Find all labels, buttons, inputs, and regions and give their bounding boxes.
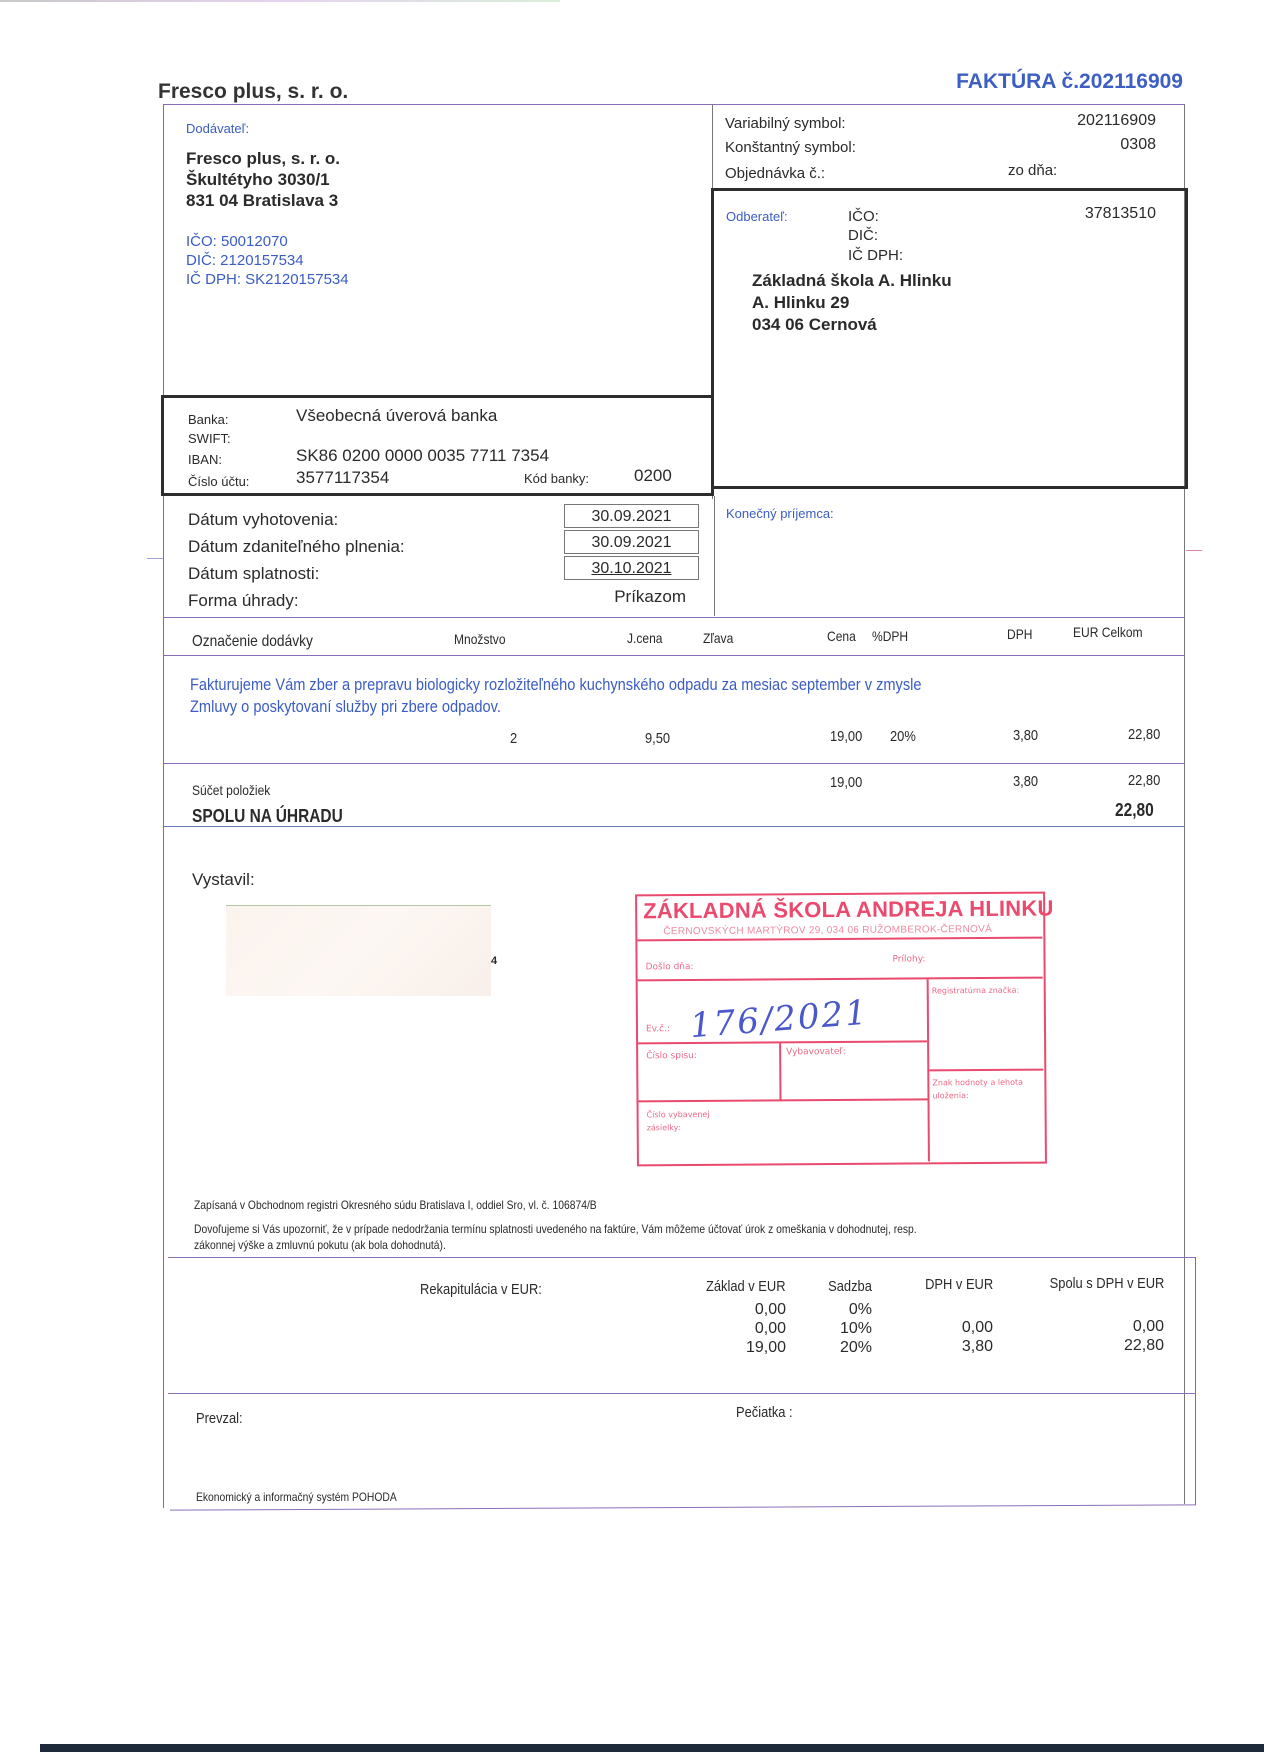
recap-row-1-rate: 10%	[812, 1319, 872, 1338]
sum-price: 19,00	[830, 774, 868, 791]
recap-top	[168, 1257, 1196, 1258]
recap-col-total: Spolu s DPH v EUR	[1004, 1275, 1164, 1292]
col-vat-rate: %DPH	[872, 628, 914, 644]
issued-by-label: Vystavil:	[192, 870, 255, 890]
signature-mark: 4	[491, 955, 497, 967]
col-quantity: Množstvo	[454, 631, 514, 647]
variable-symbol-value: 202116909	[1077, 112, 1156, 130]
final-recipient-label: Konečný príjemca:	[726, 506, 834, 521]
scan-edge-bottom	[40, 1744, 1264, 1752]
company-title: Fresco plus, s. r. o.	[158, 80, 348, 104]
sum-vat: 3,80	[1013, 773, 1042, 790]
col-description: Označenie dodávky	[192, 633, 333, 651]
header-divider	[164, 104, 1184, 105]
swift-label: SWIFT:	[188, 431, 231, 446]
customer-icdph-label: IČ DPH:	[848, 247, 903, 264]
iban-label: IBAN:	[188, 452, 222, 467]
col-total: EUR Celkom	[1073, 624, 1154, 640]
taxable-date-value: 30.09.2021	[564, 530, 699, 554]
sum-label: Súčet položiek	[192, 782, 283, 798]
item-total: 22,80	[1128, 726, 1166, 743]
registry-note: Zapísaná v Obchodnom registri Okresného …	[194, 1198, 662, 1212]
stamp-attachments-label: Prílohy:	[892, 954, 925, 964]
stamp-retention-label: Znak hodnoty a lehota uloženia:	[932, 1076, 1037, 1103]
account-value: 3577117354	[296, 468, 389, 488]
grand-total-label: SPOLU NA ÚHRADU	[192, 806, 367, 827]
customer-box	[711, 188, 1188, 489]
items-bottom	[164, 763, 1184, 764]
recap-row-2-total: 22,80	[1084, 1336, 1164, 1355]
taxable-date-label: Dátum zdaniteľného plnenia:	[188, 537, 405, 557]
recap-row-1-base: 0,00	[706, 1319, 786, 1338]
variable-symbol-label: Variabilný symbol:	[725, 115, 846, 132]
recap-title: Rekapitulácia v EUR:	[420, 1281, 562, 1298]
recap-col-rate: Sadzba	[792, 1278, 872, 1295]
supplier-city: 831 04 Bratislava 3	[186, 190, 338, 211]
item-vat: 3,80	[1013, 727, 1042, 744]
supplier-icdph: IČ DPH: SK2120157534	[186, 270, 349, 289]
customer-name: Základná škola A. Hlinku	[752, 270, 952, 292]
grand-total-value: 22,80	[1115, 800, 1160, 821]
due-date-label: Dátum splatnosti:	[188, 564, 319, 584]
recap-row-1-vat: 0,00	[913, 1318, 993, 1337]
iban-value: SK86 0200 0000 0035 7711 7354	[296, 446, 549, 466]
recap-row-0-rate: 0%	[812, 1300, 872, 1319]
signature-area	[226, 905, 491, 996]
recap-row-0-base: 0,00	[706, 1300, 786, 1319]
payment-method-value: Príkazom	[614, 587, 686, 607]
items-header-top	[164, 617, 1184, 618]
stamp-subtitle: ČERNOVSKÝCH MARTÝROV 29, 034 06 RUŽOMBER…	[663, 924, 992, 937]
supplier-name: Fresco plus, s. r. o.	[186, 148, 340, 169]
supplier-dic: DIČ: 2120157534	[186, 251, 304, 270]
recap-col-base: Základ v EUR	[666, 1278, 786, 1295]
totals-bottom	[164, 826, 1184, 827]
frame-left	[163, 104, 164, 1508]
customer-label: Odberateľ:	[726, 209, 788, 224]
col-unit-price: J.cena	[627, 630, 668, 646]
scan-mark-left	[147, 558, 163, 559]
stamp-area-label: Pečiatka :	[736, 1404, 802, 1421]
customer-city: 034 06 Cernová	[752, 314, 877, 336]
payment-method-label: Forma úhrady:	[188, 591, 299, 611]
supplier-street: Škultétyho 3030/1	[186, 169, 330, 190]
due-date-value: 30.10.2021	[564, 556, 699, 580]
col-price: Cena	[827, 628, 860, 644]
received-by-label: Prevzal:	[196, 1410, 250, 1427]
issue-date-label: Dátum vyhotovenia:	[188, 510, 338, 530]
scan-mark-right	[1186, 550, 1202, 551]
sum-total: 22,80	[1128, 772, 1166, 789]
late-payment-note-line1: Dovoľujeme si Vás upozorniť, že v prípad…	[194, 1222, 1034, 1236]
bank-code-value: 0200	[634, 466, 672, 486]
order-number-label: Objednávka č.:	[725, 165, 825, 182]
scan-edge-top	[0, 0, 560, 2]
recap-bottom	[168, 1393, 1196, 1394]
constant-symbol-value: 0308	[1120, 136, 1156, 154]
customer-dic-label: DIČ:	[848, 227, 878, 244]
col-vat: DPH	[1007, 626, 1037, 642]
software-note: Ekonomický a informačný systém POHODA	[196, 1490, 429, 1504]
constant-symbol-label: Konštantný symbol:	[725, 139, 856, 156]
customer-street: A. Hlinku 29	[752, 292, 849, 314]
item-quantity: 2	[510, 730, 518, 747]
bank-name: Všeobecná úverová banka	[296, 406, 497, 426]
supplier-label: Dodávateľ:	[186, 121, 249, 136]
bank-code-label: Kód banky:	[524, 471, 589, 486]
order-date-label: zo dňa:	[1008, 162, 1057, 179]
stamp-registry-label: Registratúrna značka:	[932, 986, 1020, 996]
items-header-bottom	[164, 655, 1184, 656]
recap-row-2-rate: 20%	[812, 1338, 872, 1357]
recap-col-vat: DPH v EUR	[883, 1276, 993, 1293]
stamp-ev-label: Ev.č.:	[646, 1024, 670, 1034]
item-description-line2: Zmluvy o poskytovaní služby pri zbere od…	[190, 696, 552, 718]
recap-row-2-vat: 3,80	[913, 1337, 993, 1356]
item-unit-price: 9,50	[645, 730, 674, 747]
recap-right	[1195, 1257, 1196, 1505]
recap-row-1-total: 0,00	[1084, 1317, 1164, 1336]
frame-bottom	[170, 1504, 1196, 1510]
customer-ico-value: 37813510	[1085, 205, 1156, 223]
registry-stamp: ZÁKLADNÁ ŠKOLA ANDREJA HLINKU ČERNOVSKÝC…	[635, 892, 1047, 1167]
issue-date-value: 30.09.2021	[564, 504, 699, 528]
item-description-line1: Fakturujeme Vám zber a prepravu biologic…	[190, 674, 1041, 696]
stamp-ev-value: 176/2021	[689, 993, 870, 1047]
stamp-received-label: Došlo dňa:	[646, 962, 694, 972]
recap-row-2-base: 19,00	[706, 1338, 786, 1357]
stamp-handler-label: Vybavovateľ:	[786, 1047, 846, 1057]
late-payment-note-line2: zákonnej výške a zmluvnú pokutu (ak bola…	[194, 1238, 487, 1252]
item-vat-rate: 20%	[890, 728, 920, 745]
account-label: Číslo účtu:	[188, 474, 249, 489]
bank-label: Banka:	[188, 412, 228, 427]
customer-ico-label: IČO:	[848, 208, 879, 225]
col-discount: Zľava	[703, 630, 738, 646]
stamp-title: ZÁKLADNÁ ŠKOLA ANDREJA HLINKU	[643, 896, 1054, 925]
stamp-reply-label: Číslo vybavenej zásielky:	[647, 1108, 727, 1135]
item-price: 19,00	[830, 728, 868, 745]
supplier-ico: IČO: 50012070	[186, 232, 288, 251]
date-divider	[714, 496, 715, 616]
stamp-file-label: Číslo spisu:	[646, 1051, 697, 1061]
invoice-title: FAKTÚRA č.202116909	[956, 70, 1183, 94]
